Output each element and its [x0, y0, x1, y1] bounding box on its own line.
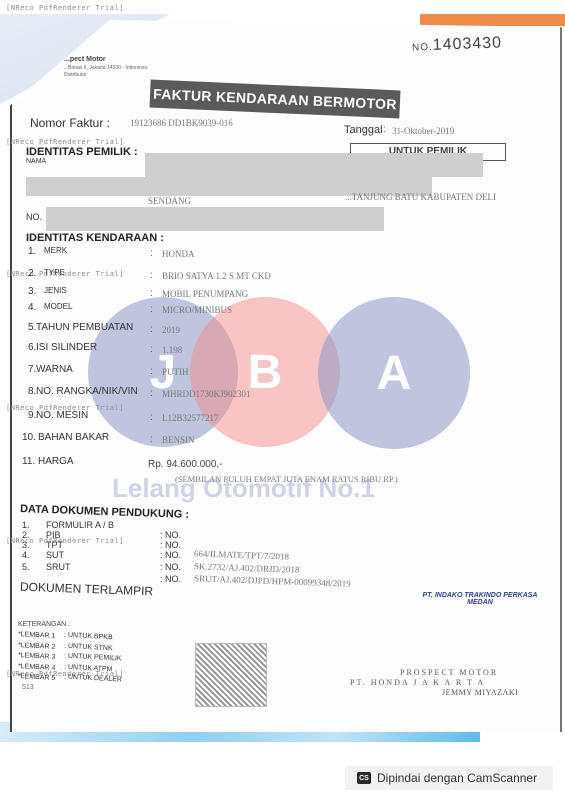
- dealer-address: ...Bonas II, Jakarta 14330 - Indonesia: [64, 65, 147, 71]
- faktur-serial-number: NO.1403430: [412, 34, 503, 55]
- nomor-faktur-value: 19123686 DD1BK9039-016: [130, 118, 233, 128]
- faktur-no-value: 1403430: [432, 34, 502, 53]
- vehicle-item-num: 3.: [28, 286, 36, 297]
- watermark-circle-a: A: [318, 297, 470, 449]
- doc-item-no-label: : NO.: [160, 574, 181, 584]
- vehicle-item-value: PUTIH: [162, 367, 189, 377]
- colon: :: [150, 248, 153, 259]
- vehicle-item-label: TAHUN PEMBUATAN: [36, 322, 133, 333]
- background-orange-strip: [420, 14, 565, 26]
- no-label: NO.: [26, 212, 42, 222]
- nomor-faktur-label: Nomor Faktur :: [30, 116, 110, 130]
- vehicle-item-value: HONDA: [162, 249, 195, 259]
- vehicle-item-label: BAHAN BAKAR: [38, 432, 109, 443]
- dealer-line3: Distributor: [64, 72, 87, 78]
- note-sheet: *LEMBAR 4: [18, 663, 56, 672]
- qr-code: [195, 643, 267, 707]
- vehicle-item-value: 2019: [162, 325, 180, 335]
- vehicle-item-label: HARGA: [38, 456, 74, 467]
- owner-heading: IDENTITAS PEMILIK :: [26, 146, 138, 158]
- vehicle-item-label: TYPE: [44, 268, 65, 277]
- camscanner-icon: CS: [357, 772, 371, 784]
- vehicle-item-label: NO. RANGKA/NIK/VIN: [36, 386, 138, 397]
- vehicle-item-label: WARNA: [36, 364, 73, 375]
- notes-code: 513: [22, 684, 34, 691]
- vehicle-item-label: MERK: [44, 246, 67, 255]
- address-fragment: ...TANJUNG BATU KABUPATEN DELI: [345, 192, 496, 202]
- vehicle-item-value: 1.198: [162, 345, 182, 355]
- vehicle-item-value: L12B32577217: [162, 413, 219, 423]
- atpm-stamp-line2: PT. HONDA J A K A R T A: [350, 678, 485, 687]
- colon: :: [150, 366, 153, 377]
- doc-item-num: 1.: [22, 520, 30, 530]
- doc-item-no-label: : NO.: [160, 562, 181, 572]
- doc-item-label: SRUT: [46, 562, 71, 572]
- doc-item-no-label: : NO.: [160, 540, 181, 550]
- colon: :: [150, 388, 153, 399]
- atpm-stamp-line1: PROSPECT MOTOR: [400, 668, 498, 677]
- doc-item-num: 5.: [22, 562, 30, 572]
- redacted-owner-name: [145, 153, 483, 177]
- vehicle-item-num: 1.: [28, 246, 36, 257]
- doc-item-label: TPT: [46, 540, 63, 550]
- trial-watermark: [NReco PdfRenderer Trial]: [6, 270, 124, 278]
- vehicle-item-label: ISI SILINDER: [36, 342, 97, 353]
- vehicle-item-value: Rp. 94.600.000,-: [148, 459, 223, 470]
- colon: :: [150, 324, 153, 335]
- colon: :: [150, 344, 153, 355]
- vehicle-item-label: NO. MESIN: [36, 410, 88, 421]
- camscanner-badge: CS Dipindai dengan CamScanner: [345, 766, 553, 790]
- vehicle-item-value: BENSIN: [162, 435, 195, 445]
- vehicle-item-value: MICRO/MINIBUS: [162, 305, 232, 315]
- trial-watermark: [NReco PdfRenderer Trial]: [6, 138, 124, 146]
- doc-item-num: 4.: [22, 550, 30, 560]
- colon: :: [150, 304, 153, 315]
- doc-item-no-label: : NO.: [160, 550, 181, 560]
- watermark-letter: B: [248, 345, 283, 400]
- watermark-letter: A: [377, 346, 412, 401]
- notes-heading: KETERANGAN :: [18, 621, 70, 628]
- colon: :: [383, 124, 386, 135]
- faktur-no-prefix: NO.: [412, 42, 433, 54]
- colon: :: [150, 412, 153, 423]
- vehicle-item-value: BRIO SATYA 1.2 S MT CKD: [162, 271, 271, 281]
- camscanner-label: Dipindai dengan CamScanner: [377, 771, 537, 785]
- doc-item-label: FORMULIR A / B: [46, 520, 114, 530]
- tanggal-label: Tanggal: [344, 124, 383, 136]
- nama-label: NAMA: [26, 158, 46, 165]
- signatory-name: JEMMY MIYAZAKI: [442, 688, 518, 697]
- trial-watermark: [NReco PdfRenderer Trial]: [6, 4, 124, 12]
- colon: :: [150, 270, 153, 281]
- vehicle-item-value: MHRDD1730KJ902301: [162, 389, 251, 399]
- watermark-text: Lelang Otomotif No.1: [112, 473, 375, 504]
- dealer-stamp: PT. INDAKO TRAKINDO PERKASA MEDAN: [420, 592, 540, 606]
- vehicle-item-label: MODEL: [44, 302, 72, 311]
- address-fragment: SENDANG: [148, 196, 191, 206]
- vehicle-heading: IDENTITAS KENDARAAN :: [26, 232, 164, 244]
- doc-item-num: 2.: [22, 530, 30, 540]
- doc-item-no-label: : NO.: [160, 530, 181, 540]
- doc-item-label: SUT: [46, 550, 64, 560]
- vehicle-item-label: JENIS: [44, 286, 67, 295]
- redacted-owner-id: [46, 207, 384, 231]
- vehicle-item-num: 2.: [28, 268, 36, 279]
- colon: :: [150, 434, 153, 445]
- doc-item-num: 3.: [22, 540, 30, 550]
- dealer-name: ...pect Motor: [64, 56, 106, 63]
- doc-item-label: PIB: [46, 530, 61, 540]
- tanggal-value: 31-Oktober-2019: [392, 126, 454, 136]
- vehicle-item-num: 4.: [28, 302, 36, 313]
- vehicle-item-value: MOBIL PENUMPANG: [162, 289, 248, 299]
- vehicle-item-num: 10.: [22, 432, 36, 443]
- colon: :: [150, 288, 153, 299]
- note-sheet: *LEMBAR 2: [18, 642, 56, 651]
- vehicle-item-num: 11.: [22, 456, 35, 467]
